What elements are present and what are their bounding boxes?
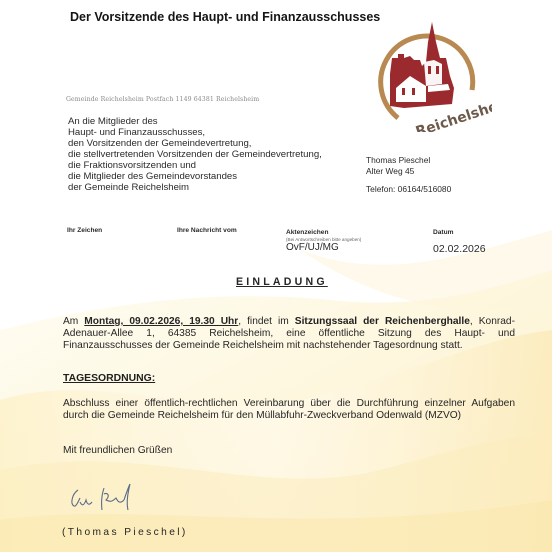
- sender-return-address: Gemeinde Reichelsheim Postfach 1149 6438…: [66, 96, 259, 103]
- sender-contact: Thomas Pieschel Alter Weg 45 Telefon: 06…: [366, 155, 451, 195]
- recipient-line: der Gemeinde Reichelsheim: [68, 182, 322, 193]
- invitation-title: EINLADUNG: [236, 276, 328, 288]
- recipient-line: Haupt- und Finanzausschusses,: [68, 127, 322, 138]
- recipient-line: die stellvertretenden Vorsitzenden der G…: [68, 149, 322, 160]
- contact-phone: Telefon: 06164/516080: [366, 184, 451, 195]
- aktenzeichen-label: Aktenzeichen: [286, 229, 329, 236]
- ihr-zeichen-label: Ihr Zeichen: [67, 227, 102, 234]
- datum-label: Datum: [433, 229, 454, 236]
- signatory-name: (Thomas Pieschel): [62, 527, 188, 538]
- intro-text: Am: [63, 316, 84, 327]
- aktenzeichen-value: OvF/UJ/MG: [286, 242, 339, 253]
- contact-name: Thomas Pieschel: [366, 155, 451, 166]
- agenda-item: Abschluss einer öffentlich-rechtlichen V…: [63, 398, 515, 422]
- closing-greeting: Mit freundlichen Grüßen: [63, 445, 172, 456]
- meeting-venue: Sitzungssaal der Reichenberghalle: [295, 316, 470, 327]
- ihre-nachricht-label: Ihre Nachricht vom: [177, 227, 237, 234]
- recipient-line: die Mitglieder des Gemeindevorstandes: [68, 171, 322, 182]
- letter-page: Der Vorsitzende des Haupt- und Finanzaus…: [0, 0, 552, 552]
- invitation-paragraph: Am Montag, 09.02.2026, 19.30 Uhr, findet…: [63, 316, 515, 352]
- letterhead-title: Der Vorsitzende des Haupt- und Finanzaus…: [70, 10, 380, 24]
- recipient-line: An die Mitglieder des: [68, 116, 322, 127]
- intro-text-mid: , findet im: [238, 316, 295, 327]
- recipient-line: den Vorsitzenden der Gemeindevertretung,: [68, 138, 322, 149]
- meeting-datetime: Montag, 09.02.2026, 19.30 Uhr: [84, 316, 238, 327]
- recipient-line: die Fraktionsvorsitzenden und: [68, 160, 322, 171]
- agenda-heading: TAGESORDNUNG:: [63, 373, 155, 384]
- contact-street: Alter Weg 45: [366, 166, 451, 177]
- recipient-address: An die Mitglieder des Haupt- und Finanza…: [68, 116, 322, 193]
- datum-value: 02.02.2026: [433, 243, 486, 255]
- handwritten-signature-icon: [66, 480, 156, 516]
- church-village-emblem-icon: Reichelsheim: [368, 14, 492, 132]
